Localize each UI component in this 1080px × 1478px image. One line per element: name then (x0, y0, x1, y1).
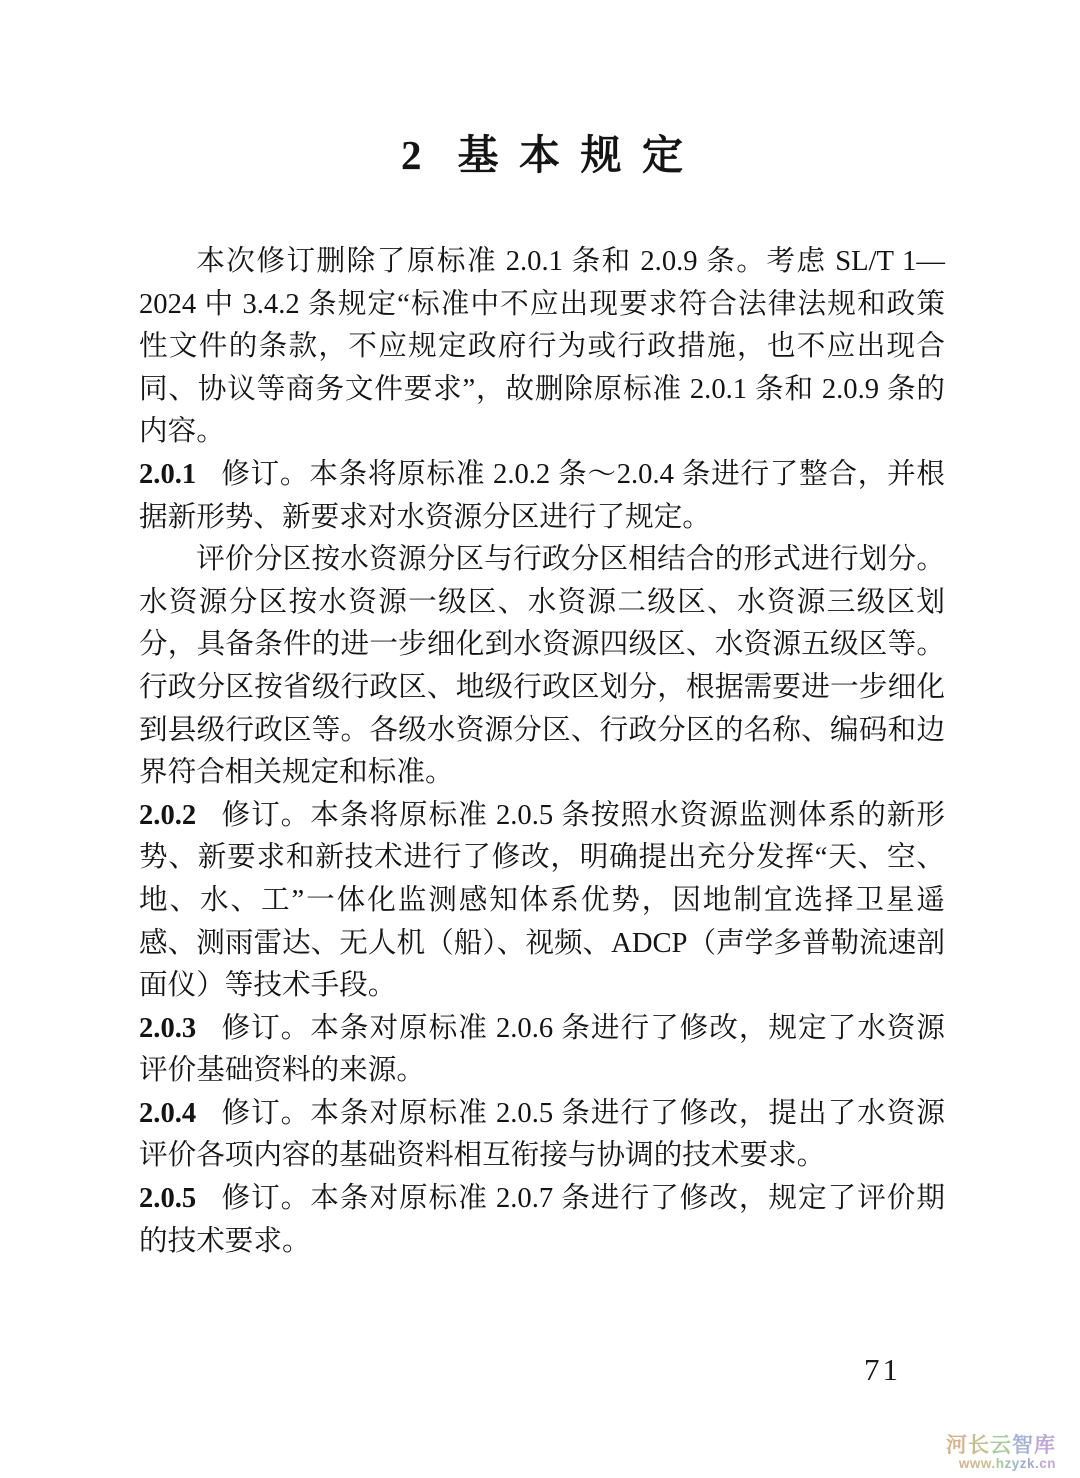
paragraph-text: 修订。本条对原标准 2.0.5 条进行了修改，提出了水资源评价各项内容的基础资料… (139, 1098, 945, 1172)
page-number: 71 (864, 1352, 901, 1388)
clause-number: 2.0.5 (139, 1183, 196, 1214)
chapter-title: 基本规定 (458, 132, 704, 178)
clause-number: 2.0.4 (139, 1098, 196, 1129)
paragraph: 2.0.4修订。本条对原标准 2.0.5 条进行了修改，提出了水资源评价各项内容… (139, 1093, 945, 1178)
paragraph-text: 修订。本条将原标准 2.0.5 条按照水资源监测体系的新形势、新要求和新技术进行… (139, 800, 945, 1001)
document-page: 2基本规定 本次修订删除了原标准 2.0.1 条和 2.0.9 条。考虑 SL/… (0, 0, 1080, 1478)
watermark-url: www.hzyzk.cn (946, 1457, 1056, 1472)
paragraph-text: 修订。本条将原标准 2.0.2 条～2.0.4 条进行了整合，并根据新形势、新要… (139, 459, 945, 533)
paragraph: 2.0.3修订。本条对原标准 2.0.6 条进行了修改，规定了水资源评价基础资料… (139, 1008, 945, 1093)
watermark: 河长云智库 www.hzyzk.cn (946, 1434, 1056, 1472)
paragraph: 2.0.1修订。本条将原标准 2.0.2 条～2.0.4 条进行了整合，并根据新… (139, 454, 945, 539)
clause-number: 2.0.3 (139, 1013, 196, 1044)
paragraph: 本次修订删除了原标准 2.0.1 条和 2.0.9 条。考虑 SL/T 1—20… (139, 241, 945, 454)
paragraph: 2.0.2修订。本条将原标准 2.0.5 条按照水资源监测体系的新形势、新要求和… (139, 795, 945, 1008)
paragraph: 评价分区按水资源分区与行政分区相结合的形式进行划分。水资源分区按水资源一级区、水… (139, 539, 945, 795)
paragraph: 2.0.5修订。本条对原标准 2.0.7 条进行了修改，规定了评价期的技术要求。 (139, 1178, 945, 1263)
document-body: 2基本规定 本次修订删除了原标准 2.0.1 条和 2.0.9 条。考虑 SL/… (139, 122, 945, 1263)
paragraph-text: 评价分区按水资源分区与行政分区相结合的形式进行划分。水资源分区按水资源一级区、水… (139, 544, 945, 788)
page-title: 2基本规定 (139, 122, 945, 181)
clause-number: 2.0.2 (139, 800, 196, 831)
chapter-number: 2 (401, 132, 422, 178)
paragraph-text: 修订。本条对原标准 2.0.7 条进行了修改，规定了评价期的技术要求。 (139, 1183, 945, 1257)
watermark-title: 河长云智库 (946, 1434, 1056, 1457)
paragraph-text: 修订。本条对原标准 2.0.6 条进行了修改，规定了水资源评价基础资料的来源。 (139, 1013, 945, 1087)
clause-number: 2.0.1 (139, 459, 196, 490)
paragraph-text: 本次修订删除了原标准 2.0.1 条和 2.0.9 条。考虑 SL/T 1—20… (139, 246, 945, 447)
